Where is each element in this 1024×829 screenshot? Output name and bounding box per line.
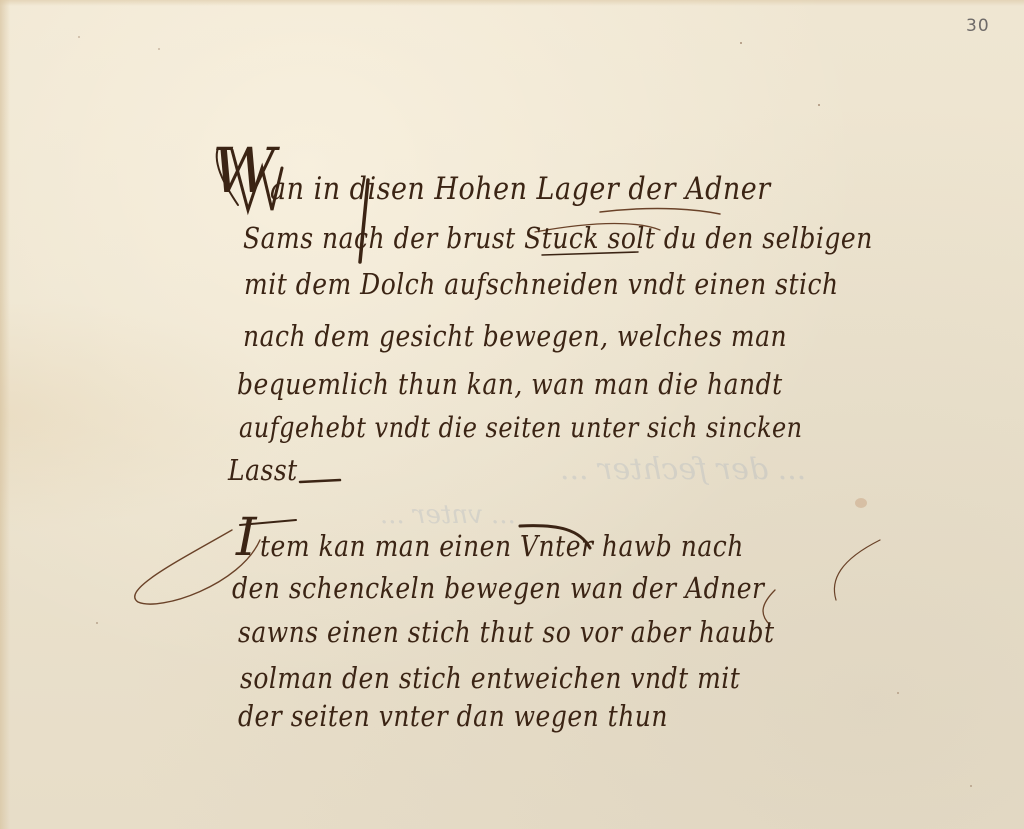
manuscript-line: solman den stich entweichen vndt mit [240,662,740,695]
manuscript-line: mit dem Dolch aufschneiden vndt einen st… [244,268,839,301]
manuscript-line: aufgehebt vndt die seiten unter sich sin… [239,412,803,444]
manuscript-line: an in disen Hohen Lager der Adner [270,171,771,207]
manuscript-line: den schenckeln bewegen wan der Adner [232,572,764,605]
paragraph-initial: W [212,140,276,202]
manuscript-line: der seiten vnter dan wegen thun [238,700,668,733]
manuscript-line: sawns einen stich thut so vor aber haubt [238,616,775,649]
paragraph-initial: I [236,512,257,564]
manuscript-text: W an in disen Hohen Lager der Adner Sams… [0,0,1024,829]
manuscript-line: bequemlich thun kan, wan man die handt [237,368,783,401]
manuscript-page: 30 ... der fechter ... ... vnter ... [0,0,1024,829]
manuscript-line: tem kan man einen Vnter hawb nach [260,530,744,563]
manuscript-line: Lasst [228,454,298,487]
manuscript-line: Sams nach der brust Stuck solt du den se… [243,222,873,255]
manuscript-line: nach dem gesicht bewegen, welches man [243,320,787,353]
